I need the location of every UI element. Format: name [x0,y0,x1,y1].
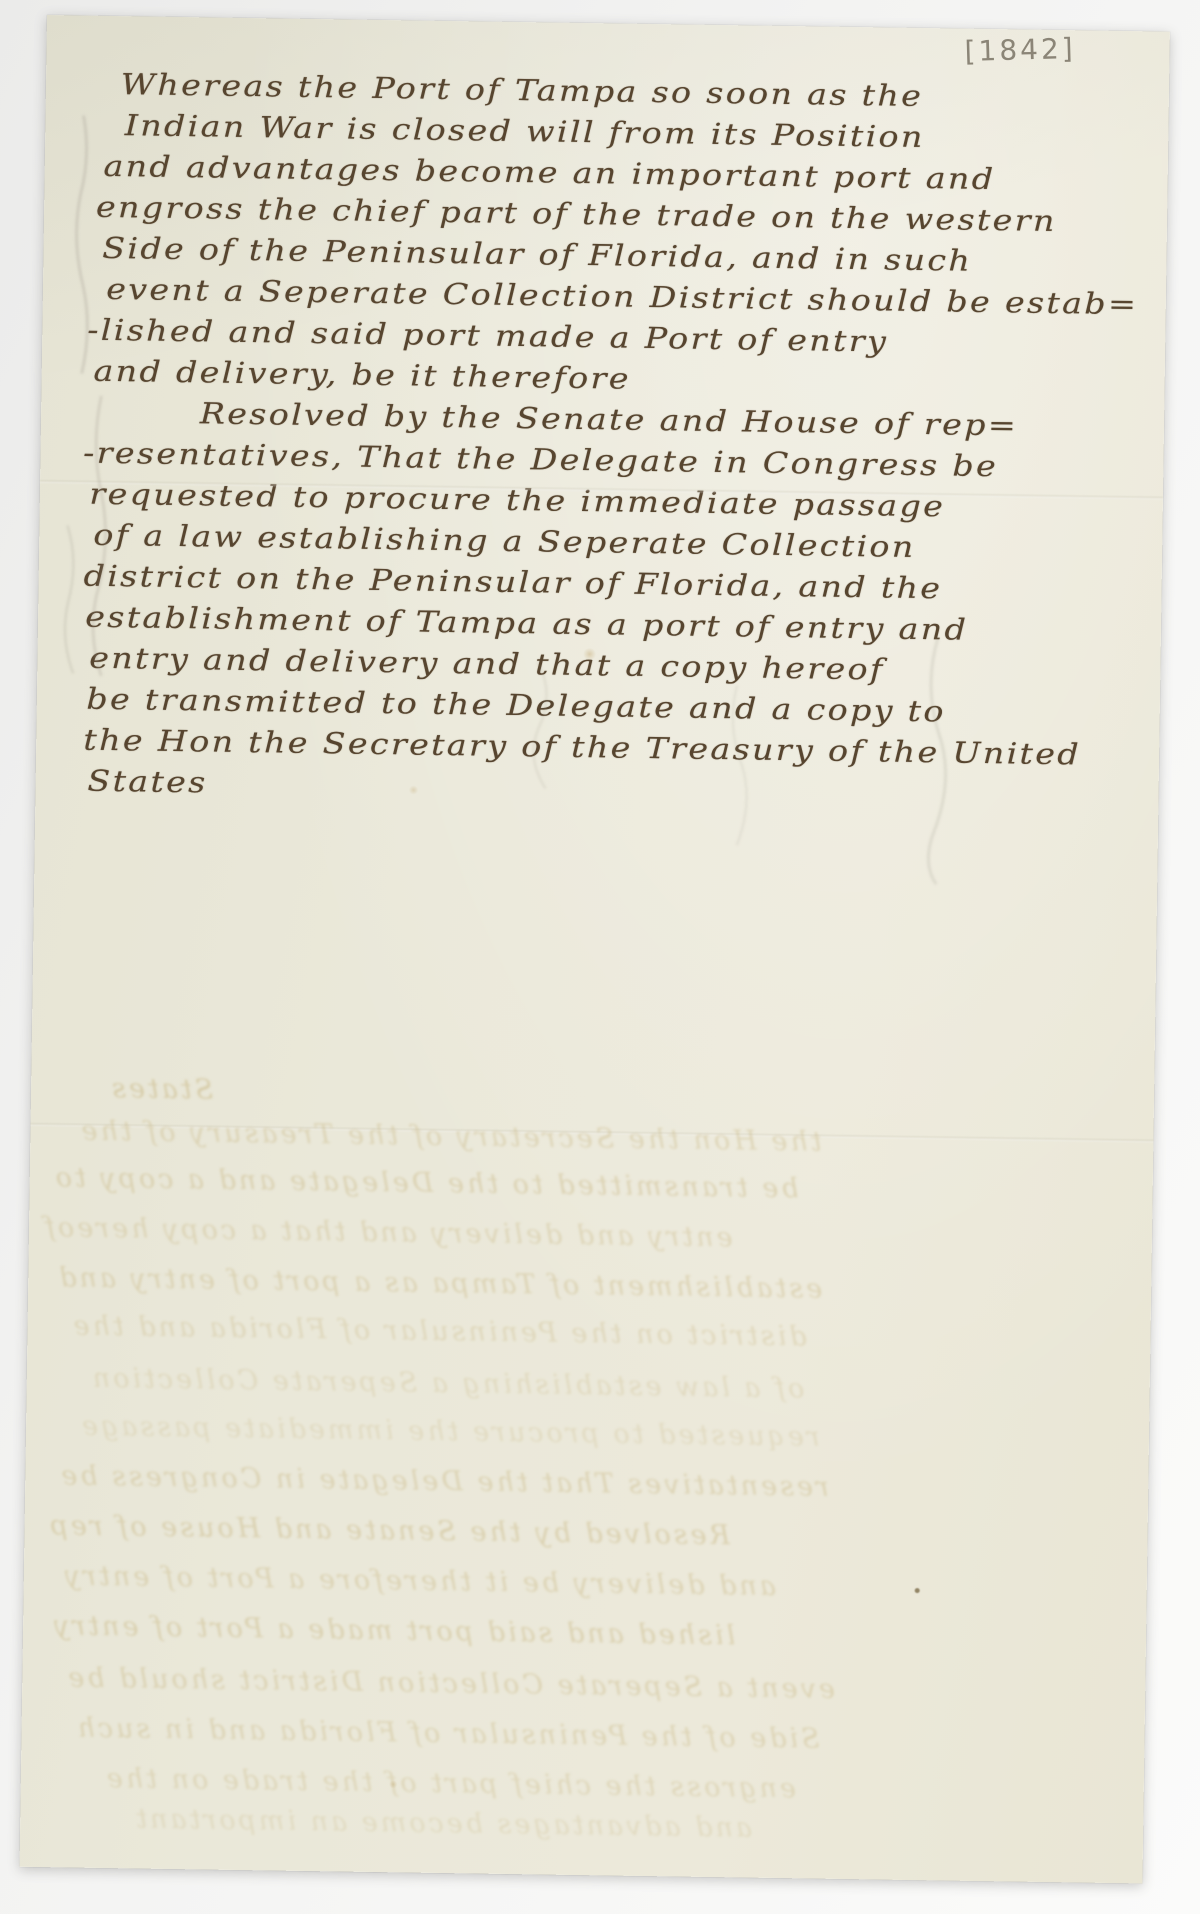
bleedthrough-line: requested to procure the immediate passa… [79,1411,820,1453]
bleedthrough-line: event a Seperate Collection District sho… [65,1662,835,1704]
bleedthrough-line: of a law establishing a Seperate Collect… [90,1363,805,1405]
stain-spot [389,1780,398,1788]
bleedthrough-text: States the Hon the Secretary of the Trea… [47,15,1170,32]
bleedthrough-line: and advantages become an important [133,1803,752,1843]
bleedthrough-line: the Hon the Secretary of the Treasury of… [78,1116,822,1158]
bleedthrough-line: Side of the Peninsular of Florida and in… [74,1713,819,1755]
scanned-document-photo: { "document": { "annotation": "[1842]", … [0,0,1200,1914]
bleedthrough-line: States [109,1073,214,1106]
bleedthrough-line: engross the chief part of the trade on t… [104,1763,796,1804]
year-annotation: [1842] [964,32,1076,68]
bleedthrough-line: be transmitted to the Delegate and a cop… [53,1162,799,1204]
bleedthrough-line: lished and said port made a Port of entr… [51,1610,736,1651]
bleedthrough-line: and delivery be it therefore a Port of e… [62,1560,777,1602]
pencil-smudge-left [44,95,154,776]
bleedthrough-line: resentatives That the Delegate in Congre… [58,1460,829,1502]
pencil-smudge-center [414,621,1038,890]
manuscript-paper: [1842] Whereas the Port of Tampa so soon… [20,15,1170,1883]
bleedthrough-line: Resolved by the Senate and House of rep [47,1510,730,1551]
bleedthrough-line: entry and delivery and that a copy hereo… [42,1212,733,1253]
bleedthrough-line: establishment of Tampa as a port of entr… [56,1262,822,1304]
ink-fleck [915,1588,920,1593]
bleedthrough-line: district on the Peninsular of Florida an… [70,1310,806,1352]
